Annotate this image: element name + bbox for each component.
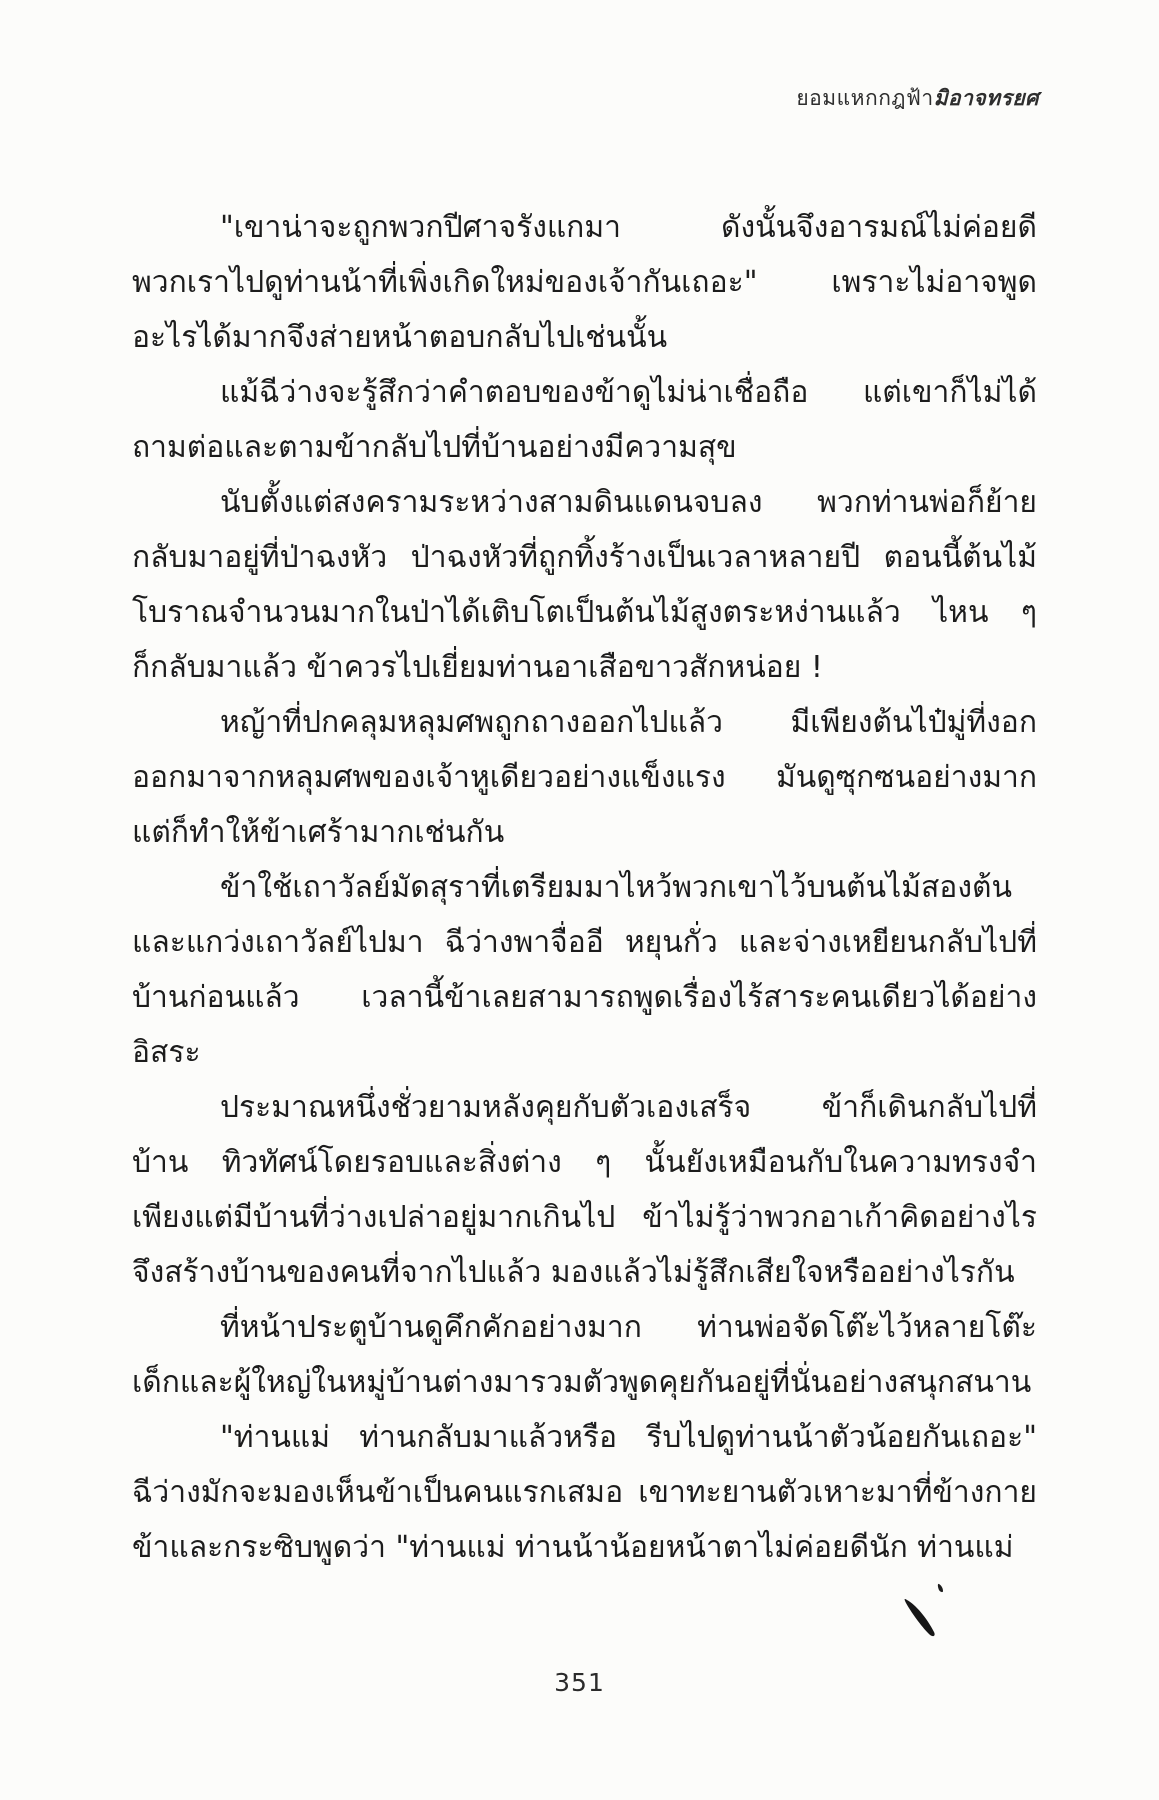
text-line: "ท่านแม่ ท่านกลับมาแล้วหรือ รีบไปดูท่านน… xyxy=(132,1410,1037,1465)
paragraph: ที่หน้าประตูบ้านดูคึกคักอย่างมาก ท่านพ่อ… xyxy=(132,1300,1037,1410)
text-line: "เขาน่าจะถูกพวกปีศาจรังแกมา ดังนั้นจึงอา… xyxy=(132,200,1037,255)
paragraph: หญ้าที่ปกคลุมหลุมศพถูกถางออกไปแล้ว มีเพี… xyxy=(132,695,1037,860)
text-line: ฉีว่างมักจะมองเห็นข้าเป็นคนแรกเสมอ เขาทะ… xyxy=(132,1465,1037,1520)
text-line: ข้าและกระซิบพูดว่า "ท่านแม่ ท่านน้าน้อยห… xyxy=(132,1520,1037,1575)
paragraph: ประมาณหนึ่งชั่วยามหลังคุยกับตัวเองเสร็จ … xyxy=(132,1080,1037,1300)
text-line: ก็กลับมาแล้ว ข้าควรไปเยี่ยมท่านอาเสือขาว… xyxy=(132,640,1037,695)
text-line: แม้ฉีว่างจะรู้สึกว่าคำตอบของข้าดูไม่น่าเ… xyxy=(132,365,1037,420)
text-line: หญ้าที่ปกคลุมหลุมศพถูกถางออกไปแล้ว มีเพี… xyxy=(132,695,1037,750)
pen-mark-icon xyxy=(893,1572,973,1652)
text-line: นับตั้งแต่สงครามระหว่างสามดินแดนจบลง พวก… xyxy=(132,475,1037,530)
paragraph: นับตั้งแต่สงครามระหว่างสามดินแดนจบลง พวก… xyxy=(132,475,1037,695)
page-number: 351 xyxy=(0,1668,1159,1697)
running-header-title: ยอมแหกกฎฟ้า xyxy=(796,86,933,110)
book-page: ยอมแหกกฎฟ้ามิอาจทรยศ "เขาน่าจะถูกพวกปีศา… xyxy=(0,0,1159,1800)
text-line: ถามต่อและตามข้ากลับไปที่บ้านอย่างมีความส… xyxy=(132,420,1037,475)
paragraph: "เขาน่าจะถูกพวกปีศาจรังแกมา ดังนั้นจึงอา… xyxy=(132,200,1037,365)
text-line: และแกว่งเถาวัลย์ไปมา ฉีว่างพาจื่ออี หยุน… xyxy=(132,915,1037,970)
text-line: กลับมาอยู่ที่ป่าฉงหัว ป่าฉงหัวที่ถูกทิ้ง… xyxy=(132,530,1037,585)
text-line: พวกเราไปดูท่านน้าที่เพิ่งเกิดใหม่ของเจ้า… xyxy=(132,255,1037,310)
paragraph: ข้าใช้เถาวัลย์มัดสุราที่เตรียมมาไหว้พวกเ… xyxy=(132,860,1037,1080)
text-line: จึงสร้างบ้านของคนที่จากไปแล้ว มองแล้วไม่… xyxy=(132,1245,1037,1300)
paragraph: "ท่านแม่ ท่านกลับมาแล้วหรือ รีบไปดูท่านน… xyxy=(132,1410,1037,1575)
text-line: บ้านก่อนแล้ว เวลานี้ข้าเลยสามารถพูดเรื่อ… xyxy=(132,970,1037,1025)
text-line: อิสระ xyxy=(132,1025,1037,1080)
text-line: บ้าน ทิวทัศน์โดยรอบและสิ่งต่าง ๆ นั้นยัง… xyxy=(132,1135,1037,1190)
text-line: เพียงแต่มีบ้านที่ว่างเปล่าอยู่มากเกินไป … xyxy=(132,1190,1037,1245)
text-line: ออกมาจากหลุมศพของเจ้าหูเดียวอย่างแข็งแรง… xyxy=(132,750,1037,805)
page-body: "เขาน่าจะถูกพวกปีศาจรังแกมา ดังนั้นจึงอา… xyxy=(132,200,1037,1575)
text-line: ข้าใช้เถาวัลย์มัดสุราที่เตรียมมาไหว้พวกเ… xyxy=(132,860,1037,915)
text-line: โบราณจำนวนมากในป่าได้เติบโตเป็นต้นไม้สูง… xyxy=(132,585,1037,640)
text-line: ที่หน้าประตูบ้านดูคึกคักอย่างมาก ท่านพ่อ… xyxy=(132,1300,1037,1355)
text-line: ประมาณหนึ่งชั่วยามหลังคุยกับตัวเองเสร็จ … xyxy=(132,1080,1037,1135)
text-line: อะไรได้มากจึงส่ายหน้าตอบกลับไปเช่นนั้น xyxy=(132,310,1037,365)
running-header-title-accent: มิอาจทรยศ xyxy=(934,86,1039,110)
text-line: เด็กและผู้ใหญ่ในหมู่บ้านต่างมารวมตัวพูดค… xyxy=(132,1355,1037,1410)
text-line: แต่ก็ทำให้ข้าเศร้ามากเช่นกัน xyxy=(132,805,1037,860)
running-header: ยอมแหกกฎฟ้ามิอาจทรยศ xyxy=(796,82,1039,115)
paragraph: แม้ฉีว่างจะรู้สึกว่าคำตอบของข้าดูไม่น่าเ… xyxy=(132,365,1037,475)
